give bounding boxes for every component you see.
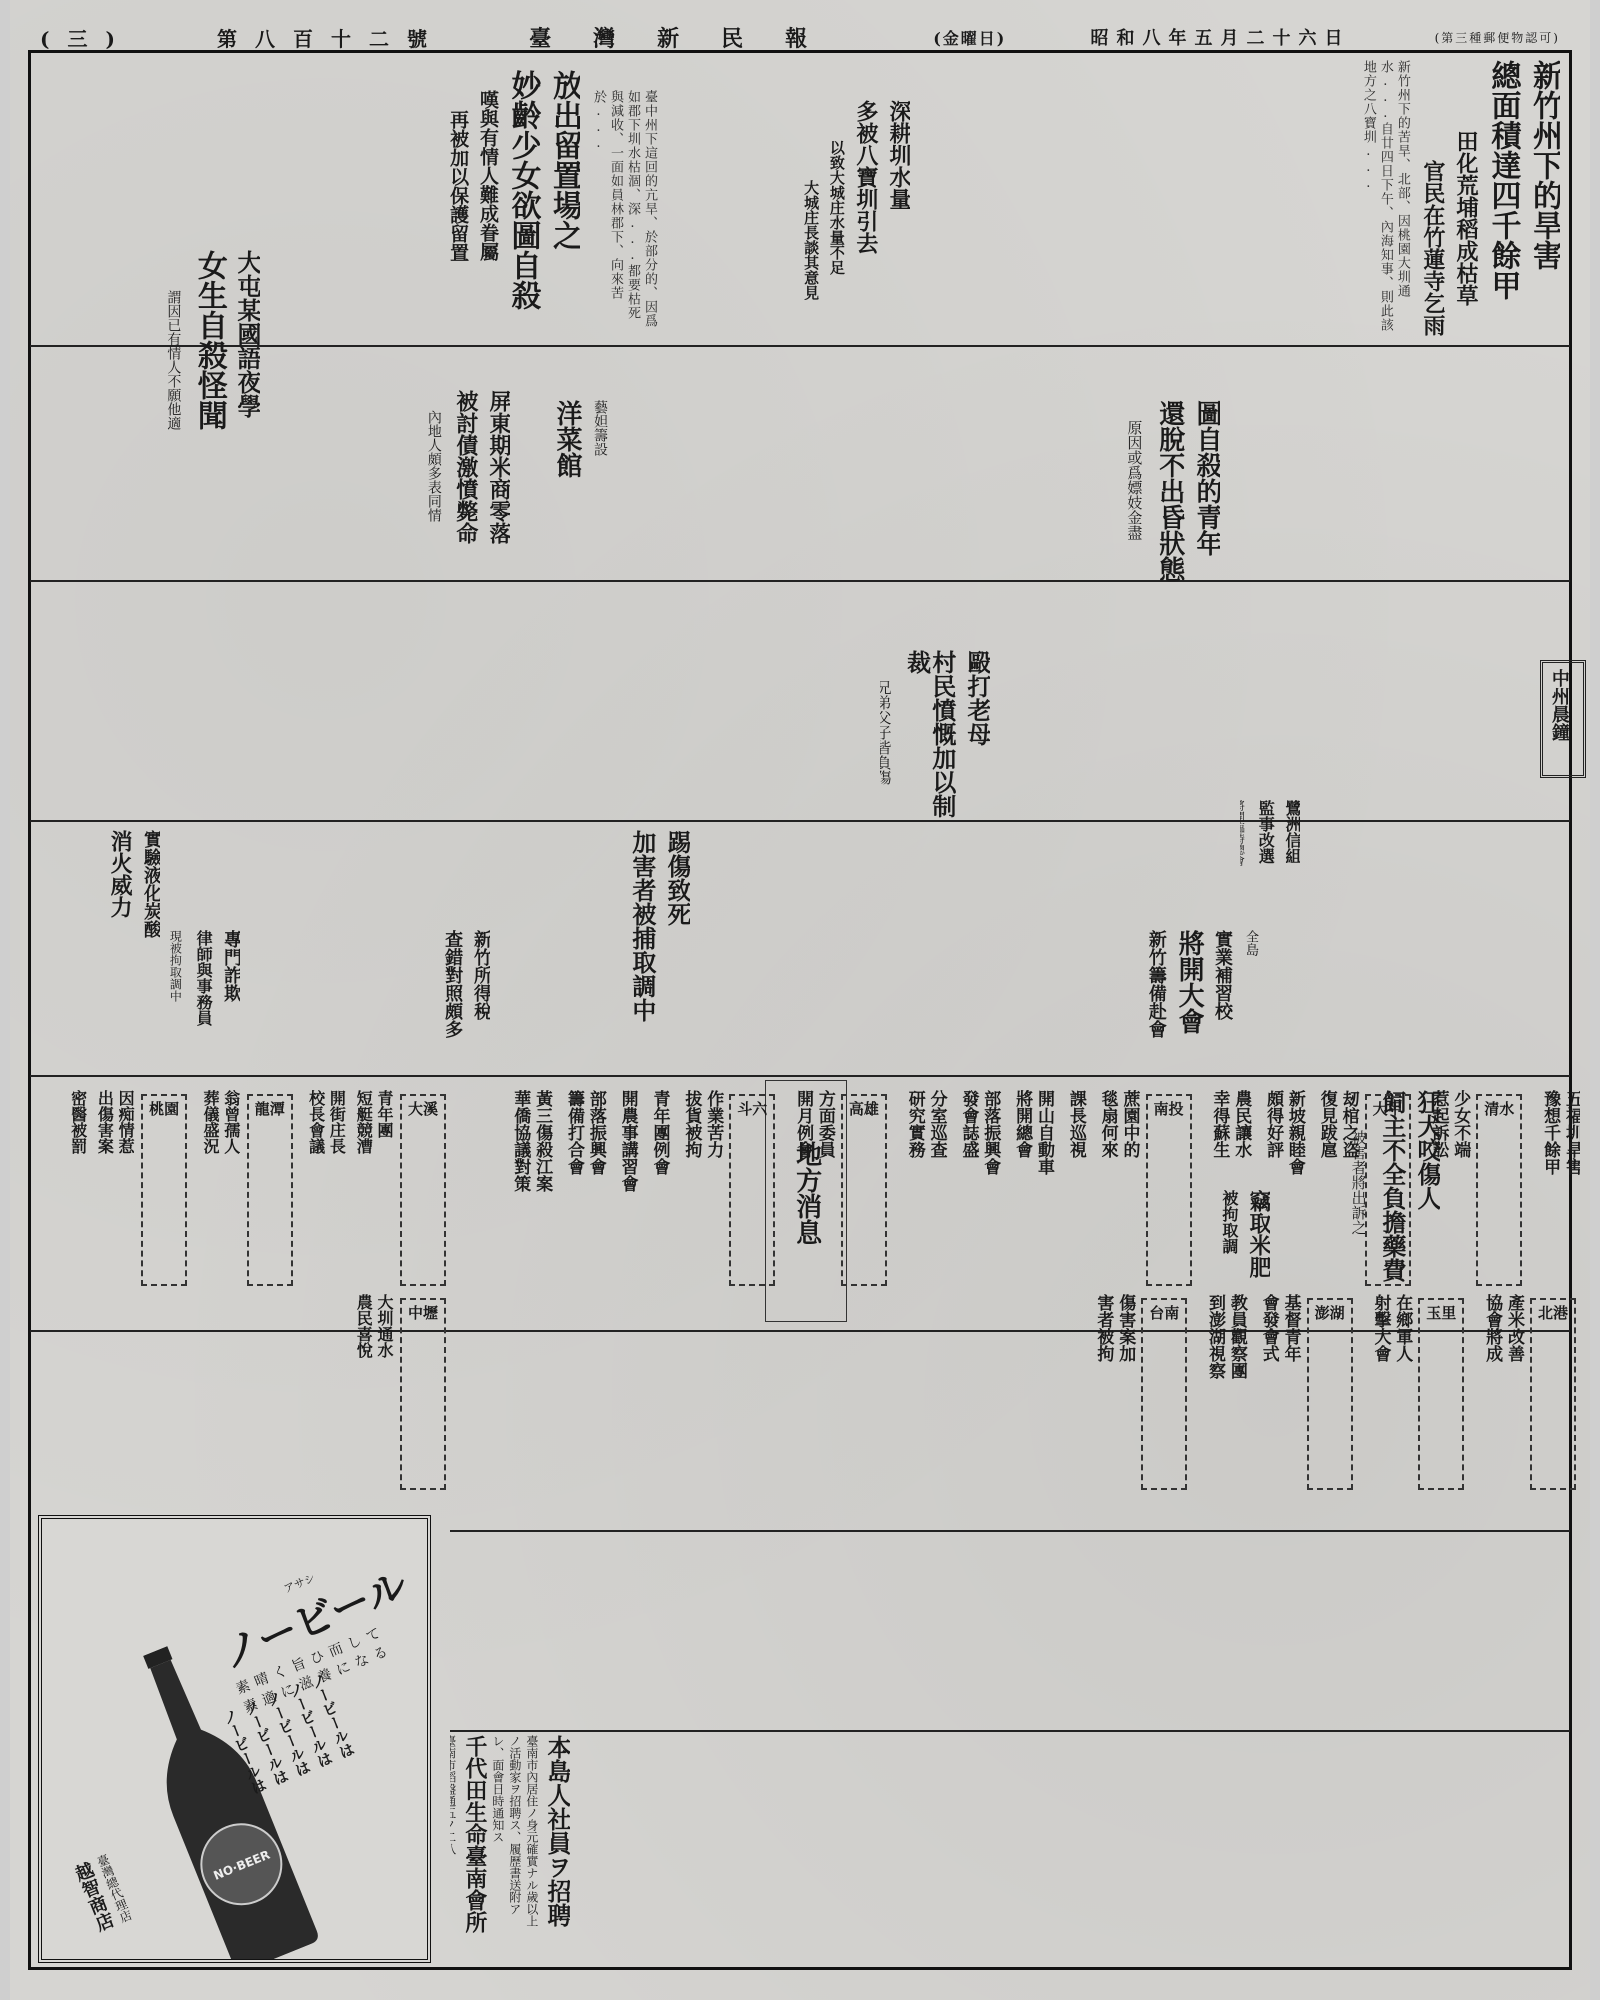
masthead: (三) 第八百十二號 臺灣新民報 (金曜日) 昭和八年五月二十六日 (第三種郵便… [40, 22, 1560, 52]
newspaper-title: 臺灣新民報 [529, 22, 849, 53]
place-tag: 台南 [1141, 1298, 1187, 1490]
article-beat-mother: 毆打老母 村民憤慨加以制裁 兄弟父子皆負傷 [880, 650, 990, 830]
deck2: 再被加以保護留置 [447, 70, 467, 340]
place-tag: 大溪 [400, 1094, 446, 1286]
local-news-item: 部落振興會 籌備打合會 [564, 1090, 604, 1290]
headline: 鷺洲信組 [1283, 800, 1300, 920]
subhead: 查錯對照頗多 [442, 930, 461, 1070]
subhead: 還脫不出昏狀態 [1155, 400, 1182, 600]
subhead: 消火威力 [108, 830, 131, 1000]
subhead: 將開大會 [1175, 930, 1202, 1080]
tier-divider [30, 820, 1570, 822]
local-news-item: 新坡親睦會 頗得好評 [1263, 1090, 1303, 1290]
deck: 兄弟父子皆負傷 [880, 650, 894, 830]
local-news-item: 開山自動車 將開總會 [1012, 1090, 1052, 1290]
local-news-item: 高雄 方面委員 開月例會 [793, 1090, 891, 1290]
page-number: (三) [40, 23, 133, 52]
tier-divider [30, 345, 1570, 347]
local-news-item: 清水 少女不端 惹起訴訟 [1429, 1090, 1527, 1290]
company-address: 臺南市稻盤通五ノ二八 [450, 1735, 459, 1975]
article-drought-hsinchu: 新竹州下的旱害 總面積達四千餘甲 田化荒埔稻成枯草 官民在竹蓮寺乞雨 新竹州下的… [1120, 60, 1560, 340]
article-kick-death: 踢傷致死 加害者被捕取調中 [600, 830, 690, 1070]
place-tag: 高雄 [841, 1094, 887, 1286]
deck: 原因或爲嫖妓金盡 [1124, 400, 1145, 600]
recruit-body: 臺南市內居住ノ身元確實ナル歲以上ノ活動家ヲ招聘ス、履歷書送附アレ、面會日時通知ス [490, 1735, 541, 1935]
local-news-item: 青年團例會 [650, 1090, 668, 1290]
local-news-item: 五福圳旱害 豫想千餘甲 [1540, 1090, 1580, 1290]
local-news-left: 大溪 青年團 短艇競漕 開街庄長 校長會議 龍潭 翁曾孺人 葬儀盛況 桃園 因痴… [30, 1090, 450, 1510]
local-news-item: 開街庄長 校長會議 [307, 1090, 345, 1290]
headline: 深耕圳水量 [887, 100, 910, 340]
subhead: 總面積達四千餘甲 [1487, 60, 1519, 340]
local-news-item: 南投 蔗園中的 毯扇何來 [1098, 1090, 1196, 1290]
article-body-shenkeng: 臺中州下這回的亢旱、於部分的、因爲如郡下圳水枯涸、深...都要枯死與減收、一面如… [590, 90, 730, 330]
local-news-item: 農民讓水 幸得蘇生 [1210, 1090, 1250, 1290]
deck: 田化荒埔稻成枯草 [1454, 60, 1477, 340]
deck: 內地人頗多表同情 [424, 390, 444, 580]
deck2: 大城庄長談其意見 [802, 100, 818, 340]
subhead: 村民憤慨加以制裁 [904, 650, 954, 830]
place-tag: 澎湖 [1307, 1298, 1353, 1490]
local-news-item: 黃三傷殺江案 華僑協議對策 [510, 1090, 550, 1290]
headline: 洋菜館 [553, 400, 580, 500]
local-news-item: 龍潭 翁曾孺人 葬儀盛況 [201, 1090, 297, 1290]
headline: 專門詐欺 [221, 930, 240, 1070]
article-body: 新竹州下的苦旱、北部、因桃園大圳通水...自廿四日下午、內海知事、則此該地方之八… [1360, 60, 1411, 340]
issue-date: 昭和八年五月二十六日 [1090, 24, 1350, 50]
deck2: 官民在竹蓮寺乞雨 [1421, 60, 1444, 340]
local-news-item: 斗六 作業苦力 拔貨被拘 [682, 1090, 780, 1290]
article-vocational-school: 全島 實業補習校 將開大會 新竹籌備赴會 [1140, 930, 1260, 1080]
place-tag: 清水 [1476, 1094, 1522, 1286]
local-news-item: 澎湖 基督青年 會發會式 [1259, 1294, 1357, 1494]
place-tag: 中壢 [400, 1298, 446, 1490]
headline: 毆打老母 [965, 650, 990, 830]
local-news-item: 密醫被罰 [69, 1090, 86, 1290]
local-news-item: 課長巡視 [1066, 1090, 1084, 1290]
local-news-item: 教員觀察團 到澎湖視察 [1205, 1294, 1245, 1494]
subhead: 加害者被捕取調中 [630, 830, 655, 1070]
headline: 屏東期米商零落 [487, 390, 510, 580]
local-news-item: 部落振興會 發會誌盛 [959, 1090, 999, 1290]
local-news-item: 開農事講習會 [618, 1090, 636, 1290]
headline: 新竹州下的旱害 [1529, 60, 1561, 340]
kicker: 全島 [1241, 930, 1260, 1080]
place-tag: 斗六 [729, 1094, 775, 1286]
deck: 謂因已有情人不願他適 [163, 250, 183, 580]
issue-number: 第八百十二號 [217, 23, 445, 52]
column-box: 中州晨鐘 [1540, 660, 1586, 778]
subhead: 多被八寶圳引去 [854, 100, 877, 340]
deck: 嘆與有情人難成眷屬 [477, 70, 497, 340]
local-news-item: 北港 產米改善 協會將成 [1482, 1294, 1580, 1494]
deck: 現被拘取調中 [167, 930, 184, 1070]
newspaper-page: (三) 第八百十二號 臺灣新民報 (金曜日) 昭和八年五月二十六日 (第三種郵便… [10, 0, 1590, 2000]
deck: 以致大城庄水量不足 [828, 100, 844, 340]
headline: 大屯某國語夜學 [235, 250, 260, 580]
article-credit-union: 鷺洲信組 監事改選 將開臨時總會 [1240, 800, 1300, 920]
headline: 新竹所得稅 [471, 930, 490, 1070]
subhead: 被討債激憤斃命 [454, 390, 477, 580]
subhead: 律師與事務員 [194, 930, 211, 1070]
place-tag: 龍潭 [247, 1094, 293, 1286]
headline: 實業補習校 [1212, 930, 1231, 1080]
article-pingtung-rice: 屏東期米商零落 被討債激憤斃命 內地人頗多表同情 [390, 390, 510, 580]
beer-advertisement: アサシ ノービール 素晴く旨ひ而して 素適に滋養になる NO·BEER ノービー… [38, 1515, 431, 1963]
article-shenkeng-water: 深耕圳水量 多被八寶圳引去 以致大城庄水量不足 大城庄長談其意見 [730, 100, 910, 340]
article-extinguisher: 實驗液化炭酸 消火威力 [70, 830, 160, 1000]
local-news-item: 大溪 青年團 短艇競漕 [354, 1090, 450, 1290]
article-suicide-youth: 圖自殺的青年 還脫不出昏狀態 原因或爲嫖妓金盡 [1110, 400, 1220, 600]
tier-divider [30, 1075, 1570, 1077]
headline: 圖自殺的青年 [1193, 400, 1220, 600]
local-news-grid: 五福圳旱害 豫想千餘甲 清水 少女不端 惹起訴訟 大甲 刼棺之盗 復見跋扈 新坡… [450, 1090, 1580, 1980]
article-western-restaurant: 藝妲籌設 洋菜館 [530, 400, 610, 500]
article-fraud-lawyer: 專門詐欺 律師與事務員 現被拘取調中 [160, 930, 240, 1070]
headline: 實驗液化炭酸 [141, 830, 160, 1000]
recruit-headline: 本島人社員ヲ招聘 [545, 1735, 570, 1975]
weekday: (金曜日) [933, 26, 1006, 49]
local-news-item: 台南 傷害案加 害者被拘 [1094, 1294, 1192, 1494]
place-tag: 玉里 [1418, 1298, 1464, 1490]
article-income-tax: 新竹所得稅 查錯對照頗多 [410, 930, 490, 1070]
subhead: 女生自殺怪聞 [193, 250, 225, 580]
recruitment-ad: 本島人社員ヲ招聘 臺南市內居住ノ身元確實ナル歲以上ノ活動家ヲ招聘ス、履歷書送附ア… [450, 1735, 570, 1975]
place-tag: 桃園 [141, 1094, 187, 1286]
company-name: 千代田生命臺南會所 [463, 1735, 486, 1975]
deck: 將開臨時總會 [1240, 800, 1246, 920]
headline: 放出留置場之 [549, 70, 581, 340]
local-news-item: 分室巡查 研究實務 [905, 1090, 945, 1290]
place-tag: 南投 [1146, 1094, 1192, 1286]
article-girl-suicide-released: 放出留置場之 妙齡少女欲圖自殺 嘆與有情人難成眷屬 再被加以保護留置 [410, 70, 580, 340]
postal-note: (第三種郵便物認可) [1435, 29, 1560, 46]
local-news-item: 大甲 刼棺之盗 復見跋扈 [1317, 1090, 1415, 1290]
deck: 新竹籌備赴會 [1146, 930, 1165, 1080]
kicker: 藝妲籌設 [590, 400, 610, 500]
place-tag: 北港 [1530, 1298, 1576, 1490]
local-news-item: 桃園 因痴情惹 出傷害案 [96, 1090, 192, 1290]
article-night-school-suicide: 大屯某國語夜學 女生自殺怪聞 謂因已有情人不願他適 [160, 250, 260, 580]
headline: 踢傷致死 [665, 830, 690, 1070]
local-news-item: 玉里 在鄉軍人 射擊大會 [1371, 1294, 1469, 1494]
place-tag: 大甲 [1365, 1094, 1411, 1286]
subhead: 妙齡少女欲圖自殺 [507, 70, 539, 340]
tier-divider [30, 580, 1570, 582]
subhead: 監事改選 [1256, 800, 1273, 920]
local-news-item: 中壢 大圳通水 農民喜悅 [354, 1294, 450, 1494]
